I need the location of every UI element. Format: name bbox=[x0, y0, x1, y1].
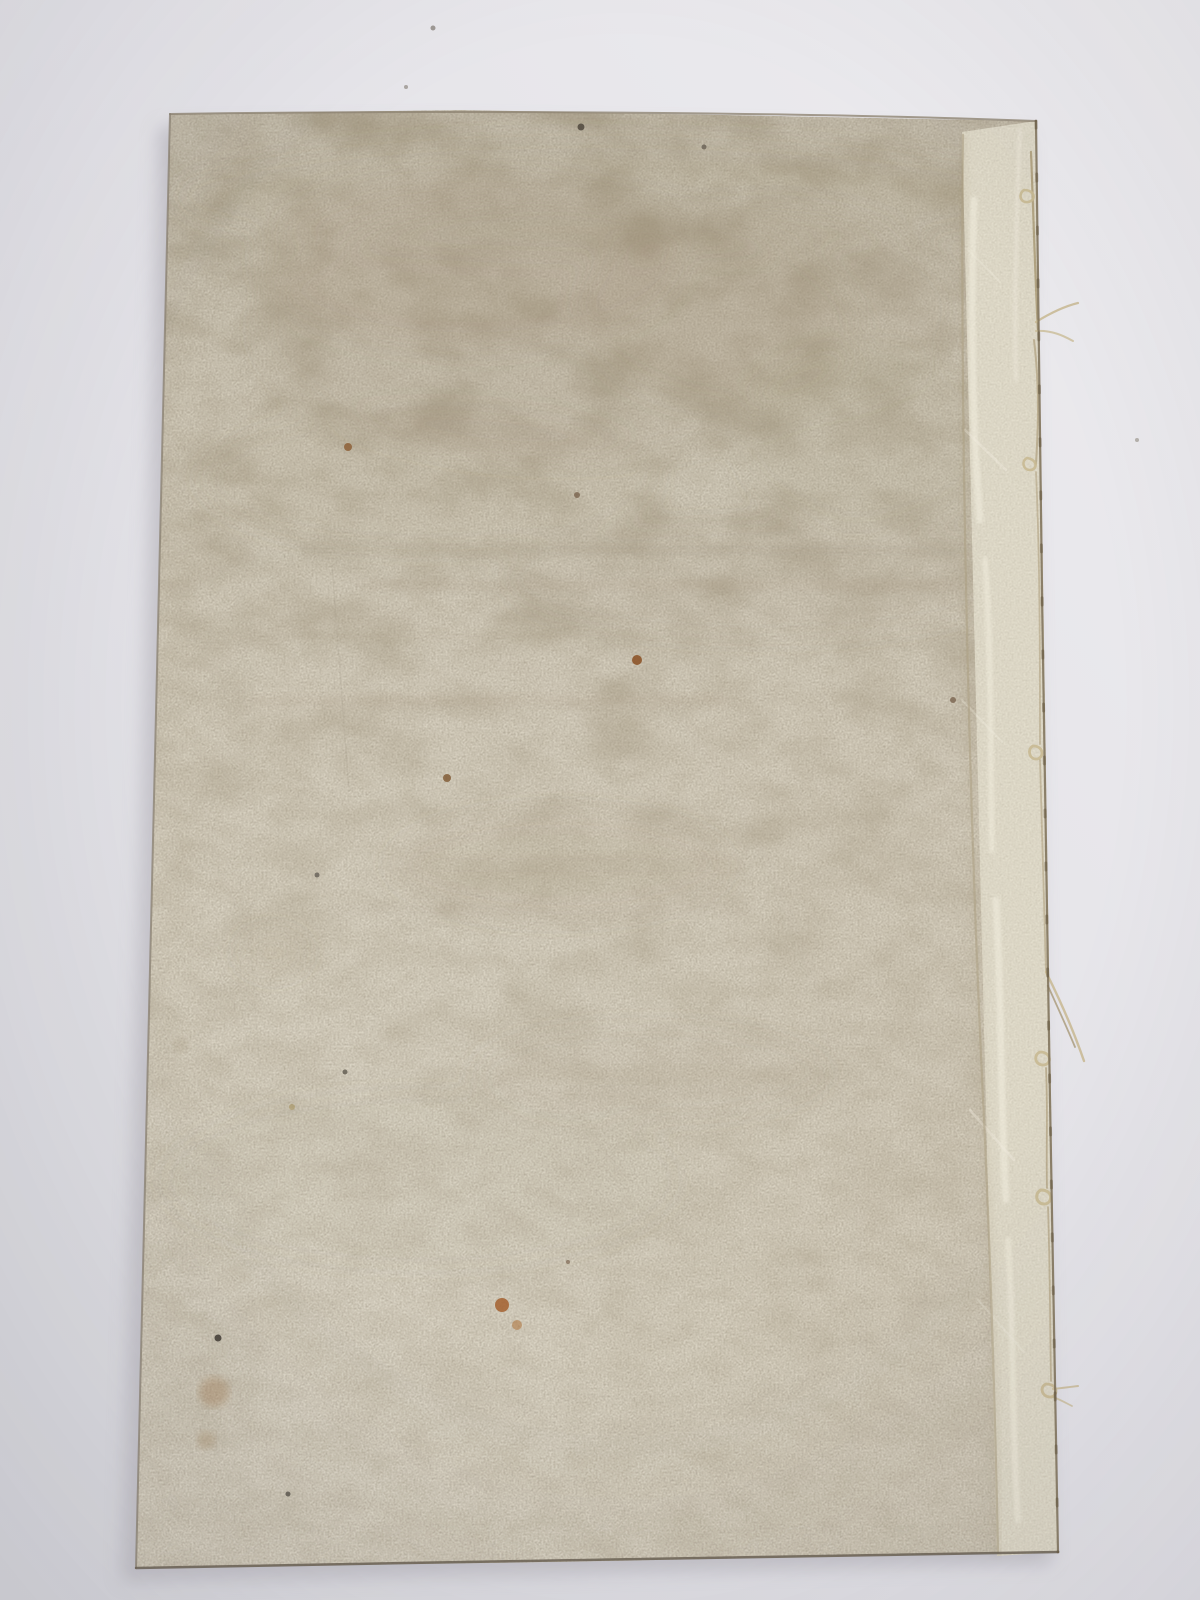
photo-of-antique-pamphlet bbox=[0, 0, 1200, 1600]
photo-vignette bbox=[0, 0, 1200, 1600]
photo-canvas bbox=[0, 0, 1200, 1600]
